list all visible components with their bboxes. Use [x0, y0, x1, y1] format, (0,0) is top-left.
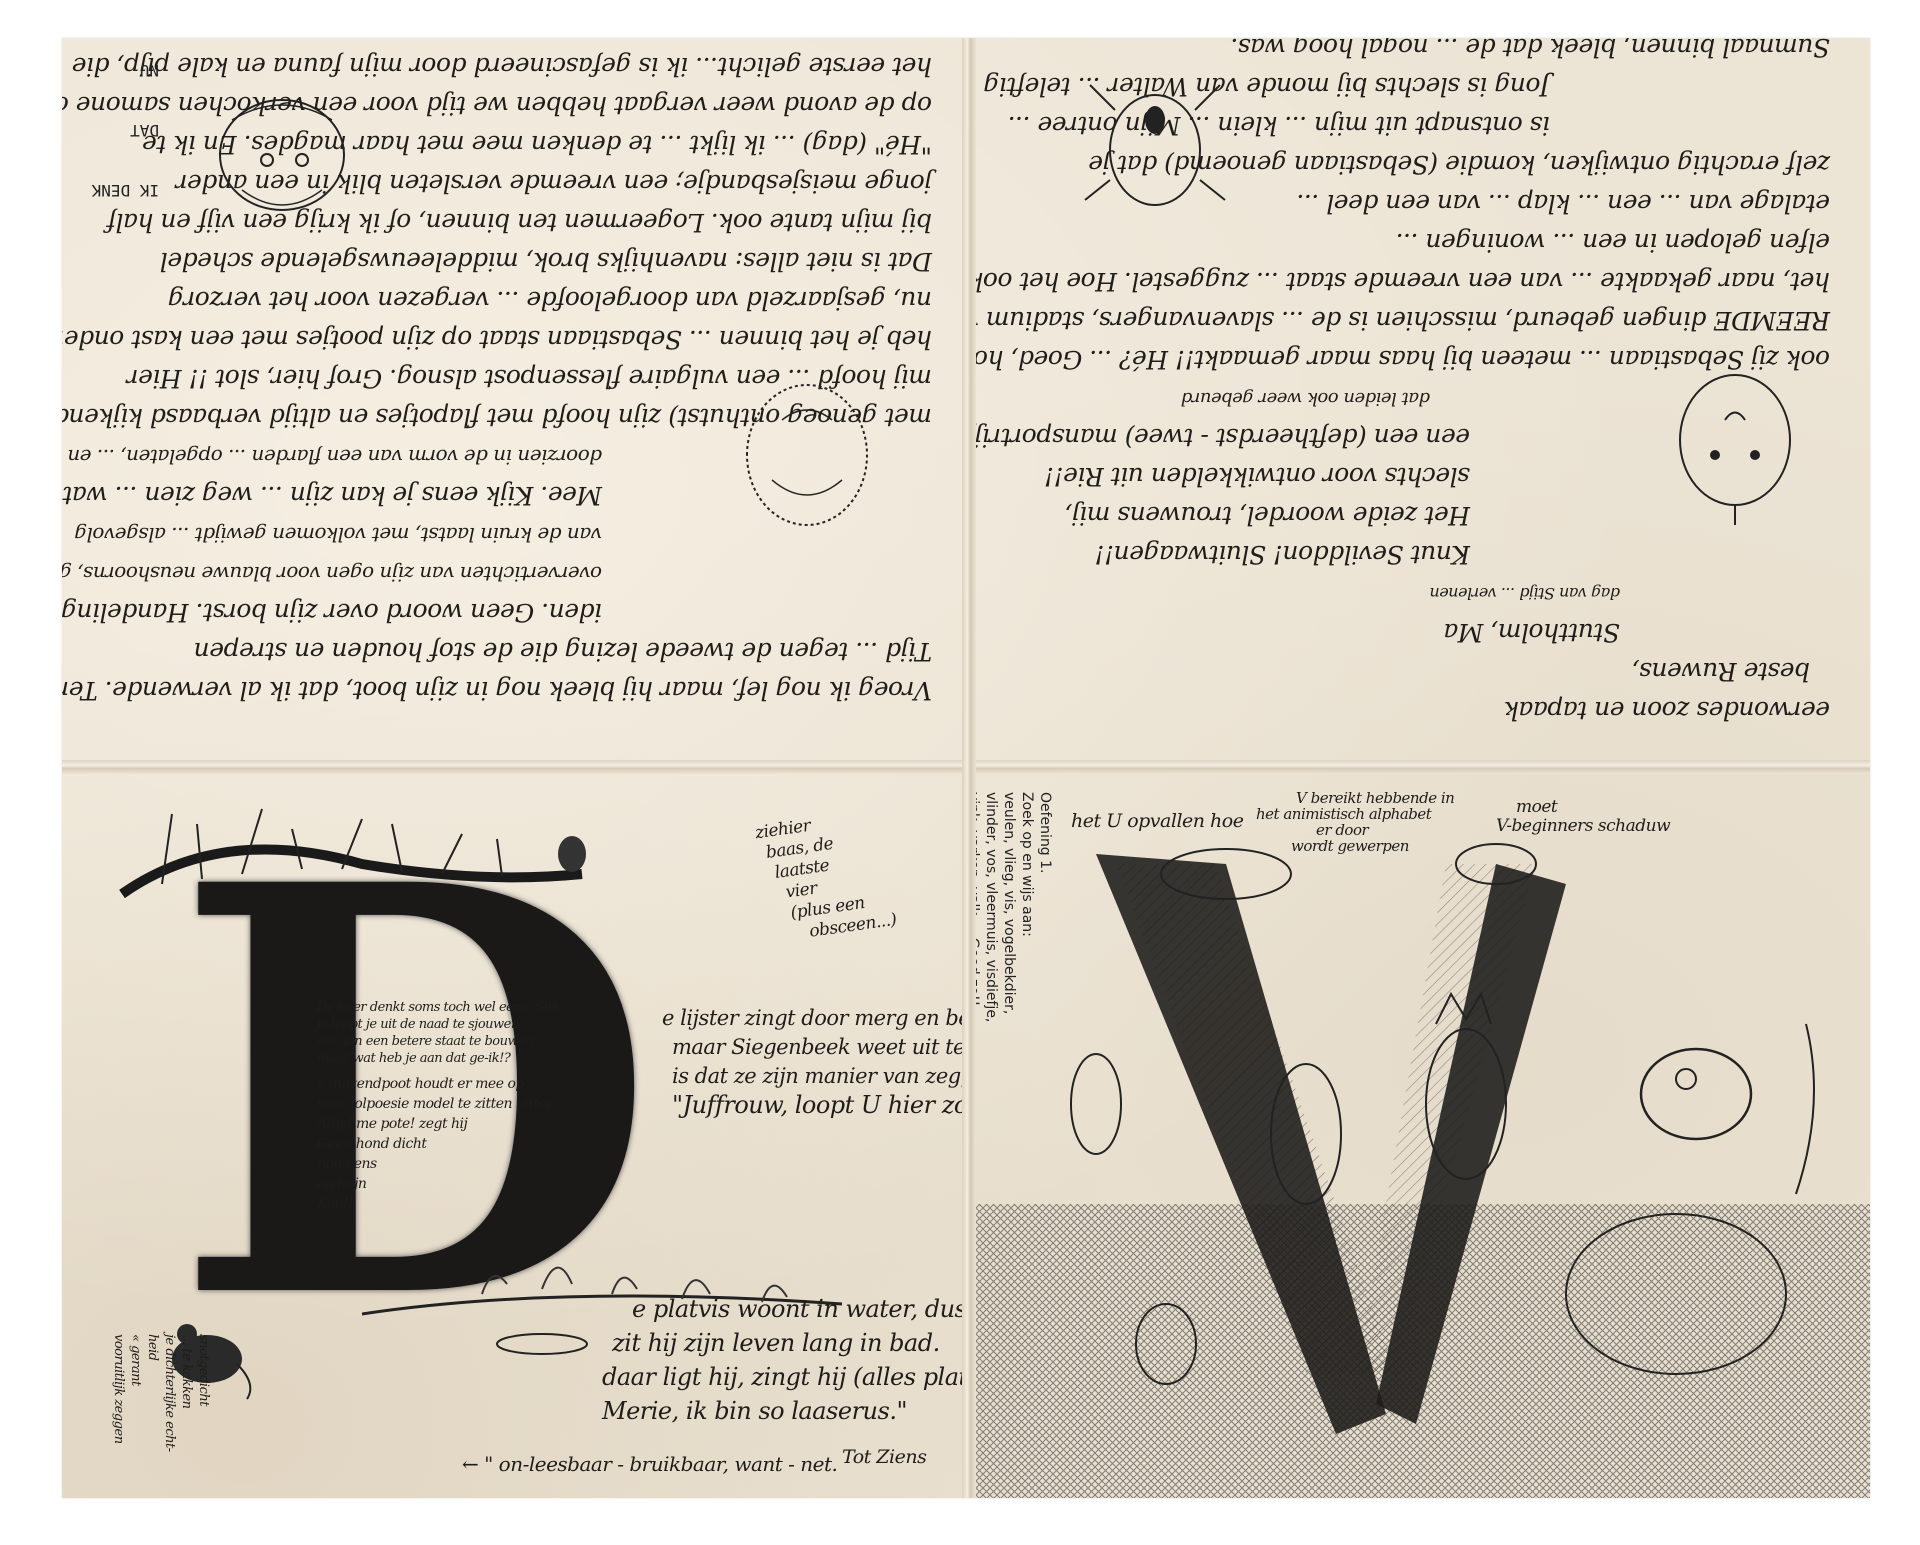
margin-line: ... te kakken [178, 1334, 195, 1452]
letter-line: heb je het binnen ... Sebastiaan staat o… [62, 320, 932, 359]
panel-top-left: Vroeg ik nog lef, maar hij bleek nog in … [62, 38, 962, 760]
panel-bottom-right: Oefening 1. Zoek op en wijs aan: veulen,… [976, 774, 1870, 1498]
verse-line: Altijd me pote! zegt hij [317, 1114, 553, 1134]
verse-line: "Juffrouw, loopt U hier zo alleen?" [662, 1091, 962, 1120]
letter-line: dag van Stijd ... verlenen [976, 574, 1830, 613]
crawling-creature-sketch-icon [1080, 70, 1230, 220]
upside-down-page: eerwondes zoon en tapaak beste Ruwens, S… [976, 38, 1870, 760]
verse-line: Merie, ik bin so laaserus." [602, 1394, 962, 1428]
letter-sheet: Vroeg ik nog lef, maar hij bleek nog in … [62, 38, 1870, 1498]
letter-line: elfen gelopen in een ... woningen ... [976, 223, 1830, 262]
panel-top-right: eerwondes zoon en tapaak beste Ruwens, S… [976, 38, 1870, 760]
corner-note: IK DENK DAT NU MAAR EEN ZOMER- UITJE GA … [82, 38, 159, 240]
vertical-fold [962, 38, 976, 1498]
hedgehog-sketch-icon [202, 80, 362, 230]
letter-line: Sumnaal binnen, bleek dat de ... nogal h… [976, 38, 1830, 67]
thrush-verse: e lijster zingt door merg en been maar S… [662, 1004, 962, 1120]
letter-line: Stuttholm, Ma [976, 613, 1830, 652]
v-illustration [976, 774, 1870, 1498]
spiky-creature-sketch-icon [1660, 360, 1810, 530]
letter-line: Vroeg ik nog lef, maar hij bleek nog in … [62, 671, 932, 710]
letter-line: iden. Geen woord over zijn borst. Handel… [62, 593, 932, 632]
letter-line: REEMDE dingen gebeurd, misschien is de .… [976, 301, 1830, 340]
verse-line: je loopt je uit de naad te sjouwen [317, 1016, 559, 1033]
corner-note-line: DAT [82, 120, 159, 140]
panel-bottom-left: D De mier denkt soms toch wel eens: Stik… [62, 774, 962, 1498]
letter-line: nu, gesjaarzeld van doorgeloofde ... ver… [62, 281, 932, 320]
letter-line: Tijd ... tegen de tweede lezing die de s… [62, 632, 932, 671]
letter-line: het, naar gekaakte ... van een vreemde s… [976, 262, 1830, 301]
letter-line: eerwondes zoon en tapaak [976, 691, 1830, 730]
letter-line: oververtichten van zijn ogen voor blauwe… [62, 554, 932, 593]
verse-line: e platvis woont in water, dus [602, 1292, 962, 1326]
letter-line: "Hé" (dag) ... ik lijkt ... te denken me… [62, 125, 932, 164]
corner-note-line: NU [82, 60, 159, 80]
letter-line: jonge meisjesbandje; een vreemde verslet… [62, 164, 932, 203]
verse-line: De mier denkt soms toch wel eens: Stik [317, 999, 559, 1016]
corner-note-line: IK DENK [82, 180, 159, 200]
letter-line: het eerste gelicht... ik is gefascineerd… [62, 47, 932, 86]
verse-line: om aan een betere staat te bouwen [317, 1033, 559, 1050]
letter-line: beste Ruwens, [976, 652, 1830, 691]
verse-line: e lijster zingt door merg en been [662, 1004, 962, 1033]
letter-line: Dat is niet alles: navenhijks brok, midd… [62, 242, 932, 281]
verse-line: zit hij zijn leven lang in bad. [602, 1326, 962, 1360]
verse-line: maar wat heb je aan dat ge-ik!? [317, 1050, 559, 1067]
verse-line: daar ligt hij, zingt hij (alles plat): [602, 1360, 962, 1394]
verse-line: is dat ze zijn manier van zeggen: [662, 1062, 962, 1091]
verse-line: e duizendpoot houdt er mee op [317, 1074, 553, 1094]
margin-line: snotgedicht [195, 1334, 212, 1452]
verse-line: nou eens [317, 1154, 553, 1174]
flatfish-verse: e platvis woont in water, dus zit hij zi… [602, 1292, 962, 1428]
footer-line: ← " on-leesbaar - bruikbaar, want - net. [462, 1452, 837, 1476]
margin-line: je dichterlijke echt- [161, 1334, 178, 1452]
verse-line: Geen hond dicht [317, 1134, 553, 1154]
upside-down-page: Vroeg ik nog lef, maar hij bleek nog in … [62, 38, 962, 760]
margin-line: heid [144, 1334, 161, 1452]
signoff: Tot Ziens [842, 1446, 926, 1468]
rotated-margin-notes: snotgedicht ... te kakken je dichterlijk… [110, 1334, 212, 1452]
margin-line: vooruitlijk zeggen [110, 1334, 127, 1452]
margin-line: « gerant [127, 1334, 144, 1452]
letter-line: Knut Sevilddon! Sluitwaagen!! [976, 535, 1830, 574]
ant-verse: De mier denkt soms toch wel eens: Stik j… [317, 999, 559, 1067]
verse-line: voor lolpoesie model te zitten bitter [317, 1094, 553, 1114]
letter-line: bij mijn tante ook. Logeermen ten binnen… [62, 203, 932, 242]
hairy-creature-sketch-icon [732, 370, 882, 540]
letter-line: op de avond weer vergaat hebben we tijd … [62, 86, 932, 125]
verse-line: maar Siegenbeek weet uit te leggen [662, 1033, 962, 1062]
centipede-verse: e duizendpoot houdt er mee op voor lolpo… [317, 1074, 553, 1214]
margin-note: ziehier baas, de laatste vier (plus een … [754, 806, 898, 949]
verse-line: op mijn [317, 1174, 553, 1194]
